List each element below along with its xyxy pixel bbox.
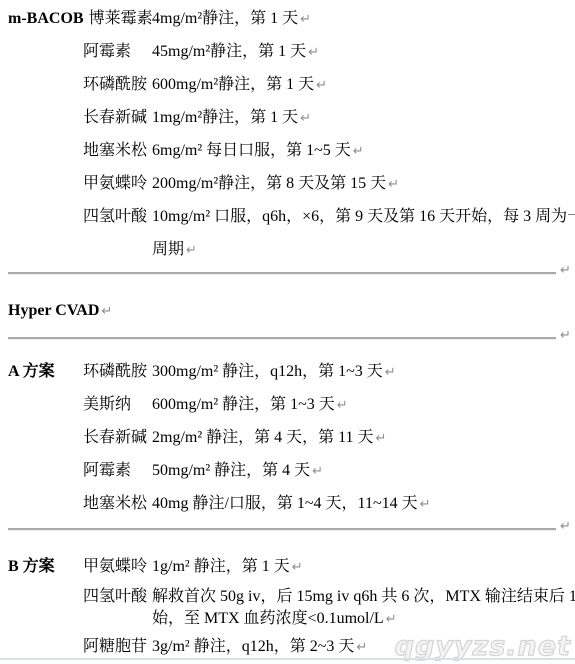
regimen-row: 阿霉素 45mg/m²静注，第 1 天 ↵ bbox=[8, 41, 575, 63]
paragraph-mark-icon: ↵ bbox=[186, 240, 197, 262]
paragraph-mark-icon: ↵ bbox=[560, 328, 571, 343]
paragraph-mark-icon: ↵ bbox=[376, 428, 387, 450]
section-title: Hyper CVAD bbox=[8, 300, 99, 322]
regimen-row: 地塞米松 6mg/m² 每日口服，第 1~5 天 ↵ bbox=[8, 140, 575, 162]
regimen-row: 四氢叶酸 解救首次 50g iv，后 15mg iv q6h 共 6 次，MTX… bbox=[8, 586, 575, 608]
drug-name: 环磷酰胺 bbox=[83, 361, 152, 383]
regimen-row: 地塞米松 40mg 静注/口服，第 1~4 天，11~14 天 ↵ bbox=[8, 493, 575, 515]
paragraph-mark-icon: ↵ bbox=[337, 395, 348, 417]
regimen-row: 长春新碱 1mg/m²静注，第 1 天 ↵ bbox=[8, 107, 575, 129]
dose-text: 300mg/m² 静注，q12h，第 1~3 天 bbox=[152, 361, 383, 383]
dose-text: 45mg/m²静注，第 1 天 bbox=[152, 41, 306, 63]
dose-text: 解救首次 50g iv，后 15mg iv q6h 共 6 次，MTX 输注结束… bbox=[152, 586, 575, 608]
drug-name: 博莱霉素 bbox=[89, 8, 153, 30]
regimen-combo-cell: m-BACOB 博莱霉素 bbox=[8, 8, 152, 30]
paragraph-mark-icon: ↵ bbox=[101, 301, 112, 323]
separator-line: ↵ bbox=[8, 272, 575, 275]
dose-text: 4mg/m²静注，第 1 天 bbox=[152, 8, 298, 30]
drug-name: 阿糖胞苷 bbox=[83, 636, 152, 658]
dose-text: 周期 bbox=[152, 239, 184, 261]
regimen-row: 美斯纳 600mg/m² 静注，第 1~3 天 ↵ bbox=[8, 394, 575, 416]
paragraph-mark-icon: ↵ bbox=[353, 141, 364, 163]
regimen-row: 四氢叶酸 10mg/m² 口服，q6h，×6，第 9 天及第 16 天开始，每 … bbox=[8, 206, 575, 228]
plan-label: A 方案 bbox=[8, 361, 83, 383]
dose-text: 始，至 MTX 血药浓度<0.1umol/L bbox=[152, 608, 384, 630]
dose-text: 1mg/m²静注，第 1 天 bbox=[152, 107, 298, 129]
dose-text: 2mg/m² 静注，第 4 天，第 11 天 bbox=[152, 427, 374, 449]
paragraph-mark-icon: ↵ bbox=[300, 108, 311, 130]
drug-name: 长春新碱 bbox=[83, 427, 152, 449]
regimen-row-continuation: 始，至 MTX 血药浓度<0.1umol/L ↵ bbox=[8, 608, 575, 630]
paragraph-mark-icon: ↵ bbox=[292, 557, 303, 579]
paragraph-mark-icon: ↵ bbox=[560, 519, 571, 534]
dose-text: 600mg/m²静注，第 1 天 bbox=[152, 74, 314, 96]
regimen-row: 环磷酰胺 600mg/m²静注，第 1 天 ↵ bbox=[8, 74, 575, 96]
drug-name: 长春新碱 bbox=[83, 107, 152, 129]
drug-name: 四氢叶酸 bbox=[83, 586, 152, 608]
regimen-row: 甲氨蝶呤 200mg/m²静注，第 8 天及第 15 天 ↵ bbox=[8, 173, 575, 195]
bottom-border-line bbox=[0, 658, 575, 660]
regimen-label: m-BACOB bbox=[8, 8, 84, 30]
paragraph-mark-icon: ↵ bbox=[356, 637, 367, 659]
dose-text: 600mg/m² 静注，第 1~3 天 bbox=[152, 394, 335, 416]
regimen-row: B 方案 甲氨蝶呤 1g/m² 静注，第 1 天 ↵ bbox=[8, 556, 575, 578]
drug-name: 美斯纳 bbox=[83, 394, 152, 416]
drug-name: 阿霉素 bbox=[83, 41, 152, 63]
drug-name: 地塞米松 bbox=[83, 493, 152, 515]
paragraph-mark-icon: ↵ bbox=[312, 461, 323, 483]
document-content: m-BACOB 博莱霉素 4mg/m²静注，第 1 天 ↵ 阿霉素 45mg/m… bbox=[0, 0, 575, 658]
dose-text: 10mg/m² 口服，q6h，×6，第 9 天及第 16 天开始，每 3 周为一 bbox=[152, 206, 575, 228]
dose-text: 1g/m² 静注，第 1 天 bbox=[152, 556, 290, 578]
plan-label: B 方案 bbox=[8, 556, 83, 578]
paragraph-mark-icon: ↵ bbox=[385, 362, 396, 384]
regimen-row: 阿霉素 50mg/m² 静注，第 4 天 ↵ bbox=[8, 460, 575, 482]
paragraph-mark-icon: ↵ bbox=[300, 9, 311, 31]
document-page: m-BACOB 博莱霉素 4mg/m²静注，第 1 天 ↵ 阿霉素 45mg/m… bbox=[0, 0, 575, 664]
drug-name: 四氢叶酸 bbox=[83, 206, 152, 228]
section-heading: Hyper CVAD ↵ bbox=[8, 300, 575, 322]
drug-name: 甲氨蝶呤 bbox=[83, 556, 152, 578]
paragraph-mark-icon: ↵ bbox=[560, 263, 571, 278]
paragraph-mark-icon: ↵ bbox=[388, 174, 399, 196]
drug-name: 阿霉素 bbox=[83, 460, 152, 482]
drug-name: 地塞米松 bbox=[83, 140, 152, 162]
paragraph-mark-icon: ↵ bbox=[420, 494, 431, 516]
regimen-row: A 方案 环磷酰胺 300mg/m² 静注，q12h，第 1~3 天 ↵ bbox=[8, 361, 575, 383]
dose-text: 3g/m² 静注，q12h，第 2~3 天 bbox=[152, 636, 354, 658]
dose-text: 6mg/m² 每日口服，第 1~5 天 bbox=[152, 140, 351, 162]
drug-name: 甲氨蝶呤 bbox=[83, 173, 152, 195]
dose-text: 40mg 静注/口服，第 1~4 天，11~14 天 bbox=[152, 493, 418, 515]
dose-text: 200mg/m²静注，第 8 天及第 15 天 bbox=[152, 173, 386, 195]
regimen-row: m-BACOB 博莱霉素 4mg/m²静注，第 1 天 ↵ bbox=[8, 8, 575, 30]
watermark: qgyyzs.net bbox=[395, 633, 571, 660]
separator-line: ↵ bbox=[8, 337, 575, 340]
paragraph-mark-icon: ↵ bbox=[386, 609, 397, 631]
dose-text: 50mg/m² 静注，第 4 天 bbox=[152, 460, 310, 482]
separator-line: ↵ bbox=[8, 528, 575, 531]
regimen-row: 长春新碱 2mg/m² 静注，第 4 天，第 11 天 ↵ bbox=[8, 427, 575, 449]
drug-name: 环磷酰胺 bbox=[83, 74, 152, 96]
paragraph-mark-icon: ↵ bbox=[308, 42, 319, 64]
paragraph-mark-icon: ↵ bbox=[316, 75, 327, 97]
regimen-row-continuation: 周期 ↵ bbox=[8, 239, 575, 261]
